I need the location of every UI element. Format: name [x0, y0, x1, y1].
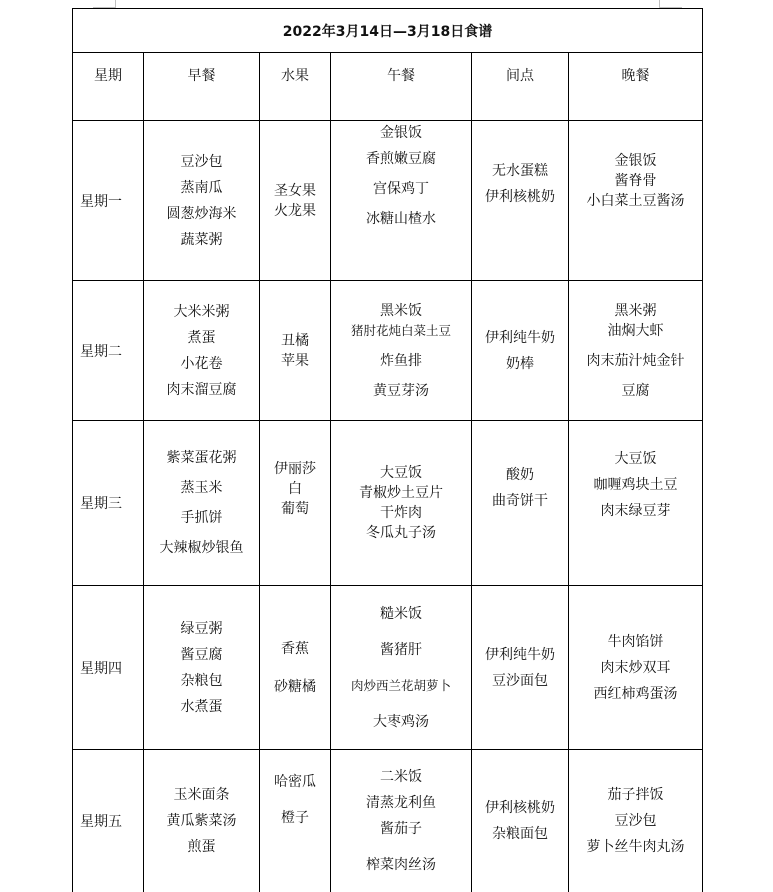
menu-item: 紫菜蛋花粥 [144, 448, 259, 468]
snack-cell: 伊利纯牛奶 奶棒 [472, 281, 569, 421]
dinner-cell: 牛肉馅饼 肉末炒双耳 西红柿鸡蛋汤 [569, 586, 703, 750]
header-snack: 间点 [472, 53, 569, 121]
day-cell: 星期五 [73, 750, 144, 892]
menu-item: 酸奶 [472, 465, 568, 485]
menu-item: 煎蛋 [144, 837, 259, 857]
snack-cell: 无水蛋糕 伊利核桃奶 [472, 121, 569, 281]
menu-item: 糙米饭 [331, 604, 471, 624]
menu-item: 白 [260, 479, 330, 499]
menu-item: 干炸肉 [331, 503, 471, 523]
menu-item: 蔬菜粥 [144, 230, 259, 250]
lunch-cell: 金银饭 香煎嫩豆腐 宫保鸡丁 冰糖山楂水 [331, 121, 472, 281]
menu-item: 豆沙面包 [472, 671, 568, 691]
day-cell: 星期二 [73, 281, 144, 421]
menu-item: 绿豆粥 [144, 619, 259, 639]
table-row: 星期四 绿豆粥 酱豆腐 杂粮包 水煮蛋 香蕉 砂糖橘 糙米饭 酱猪肝 肉炒西兰花… [73, 586, 703, 750]
table-row: 星期一 豆沙包 蒸南瓜 圆葱炒海米 蔬菜粥 圣女果 火龙果 金银饭 香煎嫩豆腐 … [73, 121, 703, 281]
day-cell: 星期四 [73, 586, 144, 750]
dinner-cell: 茄子拌饭 豆沙包 萝卜丝牛肉丸汤 [569, 750, 703, 892]
menu-item: 葡萄 [260, 499, 330, 519]
breakfast-cell: 紫菜蛋花粥 蒸玉米 手抓饼 大辣椒炒银鱼 [144, 421, 260, 586]
menu-item: 大米米粥 [144, 302, 259, 322]
menu-item: 圣女果 [260, 181, 330, 201]
menu-item: 豆沙包 [569, 811, 702, 831]
menu-item: 圆葱炒海米 [144, 204, 259, 224]
menu-item: 玉米面条 [144, 785, 259, 805]
menu-item: 奶棒 [472, 354, 568, 374]
snack-cell: 伊利纯牛奶 豆沙面包 [472, 586, 569, 750]
menu-item: 肉末绿豆芽 [569, 501, 702, 521]
menu-item: 杂粮包 [144, 671, 259, 691]
menu-item: 杂粮面包 [472, 824, 568, 844]
menu-item: 苹果 [260, 351, 330, 371]
breakfast-cell: 大米米粥 煮蛋 小花卷 肉末溜豆腐 [144, 281, 260, 421]
menu-item: 水煮蛋 [144, 697, 259, 717]
menu-item: 二米饭 [331, 767, 471, 787]
menu-item: 黑米粥 [569, 301, 702, 321]
menu-item: 伊利核桃奶 [472, 798, 568, 818]
menu-item: 伊利纯牛奶 [472, 328, 568, 348]
menu-item: 蒸南瓜 [144, 178, 259, 198]
menu-item: 茄子拌饭 [569, 785, 702, 805]
menu-item: 大辣椒炒银鱼 [144, 538, 259, 558]
menu-item: 酱猪肝 [331, 640, 471, 660]
menu-item: 香煎嫩豆腐 [331, 149, 471, 169]
menu-item: 酱茄子 [331, 819, 471, 839]
menu-item: 黑米饭 [331, 301, 471, 321]
menu-item: 黄豆芽汤 [331, 381, 471, 401]
fruit-cell: 香蕉 砂糖橘 [260, 586, 331, 750]
menu-item: 大枣鸡汤 [331, 712, 471, 732]
menu-item: 炸鱼排 [331, 351, 471, 371]
breakfast-cell: 玉米面条 黄瓜紫菜汤 煎蛋 [144, 750, 260, 892]
menu-item: 砂糖橘 [260, 677, 330, 697]
table-row: 星期五 玉米面条 黄瓜紫菜汤 煎蛋 哈密瓜 橙子 二米饭 清蒸龙利鱼 酱茄子 榨… [73, 750, 703, 892]
menu-item: 大豆饭 [569, 449, 702, 469]
menu-item: 丑橘 [260, 331, 330, 351]
fruit-cell: 圣女果 火龙果 [260, 121, 331, 281]
lunch-cell: 糙米饭 酱猪肝 肉炒西兰花胡萝卜 大枣鸡汤 [331, 586, 472, 750]
menu-item: 黄瓜紫菜汤 [144, 811, 259, 831]
menu-item: 曲奇饼干 [472, 491, 568, 511]
lunch-cell: 黑米饭 猪肘花炖白菜土豆 炸鱼排 黄豆芽汤 [331, 281, 472, 421]
header-dinner: 晚餐 [569, 53, 703, 121]
menu-item: 青椒炒土豆片 [331, 483, 471, 503]
header-row: 星期 早餐 水果 午餐 间点 晚餐 [73, 53, 703, 121]
menu-item: 冰糖山楂水 [331, 209, 471, 229]
menu-item: 清蒸龙利鱼 [331, 793, 471, 813]
header-breakfast: 早餐 [144, 53, 260, 121]
breakfast-cell: 绿豆粥 酱豆腐 杂粮包 水煮蛋 [144, 586, 260, 750]
menu-item: 肉末茄汁炖金针 [569, 351, 702, 371]
day-cell: 星期三 [73, 421, 144, 586]
breakfast-cell: 豆沙包 蒸南瓜 圆葱炒海米 蔬菜粥 [144, 121, 260, 281]
menu-title: 2022年3月14日—3月18日食谱 [73, 9, 703, 53]
menu-item: 酱脊骨 [569, 171, 702, 191]
page-corner-mark-right [659, 0, 682, 8]
menu-item: 大豆饭 [331, 463, 471, 483]
menu-item: 伊利核桃奶 [472, 187, 568, 207]
menu-item: 哈密瓜 [260, 772, 330, 792]
dinner-cell: 黑米粥 油焖大虾 肉末茄汁炖金针 豆腐 [569, 281, 703, 421]
menu-item: 油焖大虾 [569, 321, 702, 341]
lunch-cell: 大豆饭 青椒炒土豆片 干炸肉 冬瓜丸子汤 [331, 421, 472, 586]
table-row: 星期二 大米米粥 煮蛋 小花卷 肉末溜豆腐 丑橘 苹果 黑米饭 猪肘花炖白菜土豆… [73, 281, 703, 421]
menu-item: 肉末炒双耳 [569, 658, 702, 678]
menu-item: 萝卜丝牛肉丸汤 [569, 837, 702, 857]
menu-item: 金银饭 [569, 151, 702, 171]
table-row: 星期三 紫菜蛋花粥 蒸玉米 手抓饼 大辣椒炒银鱼 伊丽莎 白 葡萄 大豆饭 青椒… [73, 421, 703, 586]
fruit-cell: 丑橘 苹果 [260, 281, 331, 421]
menu-item: 肉末溜豆腐 [144, 380, 259, 400]
menu-item: 蒸玉米 [144, 478, 259, 498]
menu-item: 咖喱鸡块土豆 [569, 475, 702, 495]
dinner-cell: 大豆饭 咖喱鸡块土豆 肉末绿豆芽 [569, 421, 703, 586]
menu-item: 豆沙包 [144, 152, 259, 172]
menu-item: 无水蛋糕 [472, 161, 568, 181]
header-fruit: 水果 [260, 53, 331, 121]
lunch-cell: 二米饭 清蒸龙利鱼 酱茄子 榨菜肉丝汤 [331, 750, 472, 892]
snack-cell: 酸奶 曲奇饼干 [472, 421, 569, 586]
day-cell: 星期一 [73, 121, 144, 281]
menu-item: 伊丽莎 [260, 459, 330, 479]
menu-item: 榨菜肉丝汤 [331, 855, 471, 875]
menu-item: 火龙果 [260, 201, 330, 221]
menu-item: 香蕉 [260, 639, 330, 659]
page-corner-mark-left [93, 0, 116, 8]
menu-item: 宫保鸡丁 [331, 179, 471, 199]
fruit-cell: 伊丽莎 白 葡萄 [260, 421, 331, 586]
menu-item: 金银饭 [331, 123, 471, 143]
header-lunch: 午餐 [331, 53, 472, 121]
menu-item: 小白菜土豆酱汤 [569, 191, 702, 211]
menu-item: 豆腐 [569, 381, 702, 401]
menu-item: 西红柿鸡蛋汤 [569, 684, 702, 704]
menu-item: 冬瓜丸子汤 [331, 523, 471, 543]
menu-item: 橙子 [260, 808, 330, 828]
menu-item: 伊利纯牛奶 [472, 645, 568, 665]
menu-item: 肉炒西兰花胡萝卜 [331, 676, 471, 696]
menu-item: 猪肘花炖白菜土豆 [331, 321, 471, 341]
menu-item: 酱豆腐 [144, 645, 259, 665]
dinner-cell: 金银饭 酱脊骨 小白菜土豆酱汤 [569, 121, 703, 281]
menu-item: 煮蛋 [144, 328, 259, 348]
menu-item: 小花卷 [144, 354, 259, 374]
menu-item: 手抓饼 [144, 508, 259, 528]
fruit-cell: 哈密瓜 橙子 [260, 750, 331, 892]
snack-cell: 伊利核桃奶 杂粮面包 [472, 750, 569, 892]
menu-item: 牛肉馅饼 [569, 632, 702, 652]
header-day: 星期 [73, 53, 144, 121]
weekly-menu-table: 2022年3月14日—3月18日食谱 星期 早餐 水果 午餐 间点 晚餐 星期一… [72, 8, 703, 892]
